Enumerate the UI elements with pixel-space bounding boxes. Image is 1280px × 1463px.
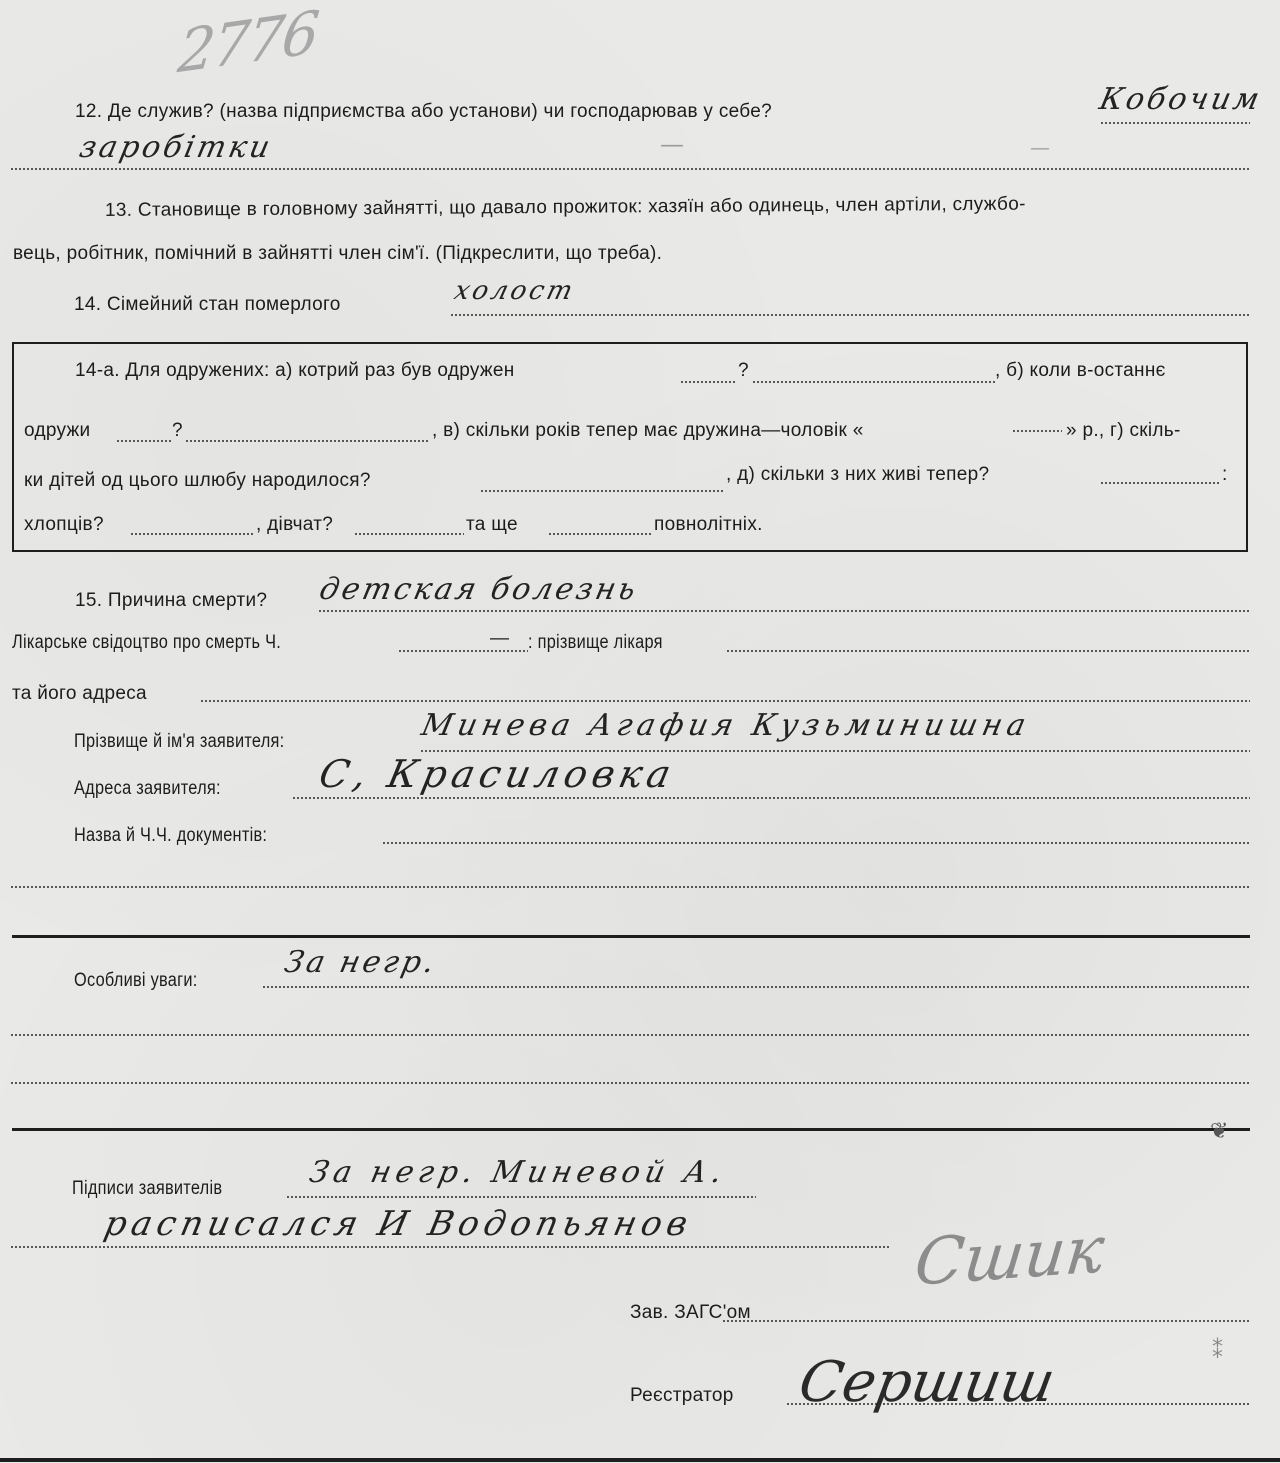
applicant-name-label: Прізвище й ім'я заявителя: <box>74 731 284 753</box>
q14a-line2-c: » р., г) скіль- <box>1066 420 1181 442</box>
special-notes-line2 <box>10 1034 1250 1036</box>
q14a-line2-dots3 <box>1012 430 1062 432</box>
archive-number-text: 2776 <box>175 0 321 87</box>
applicant-signatures-value-line1: За негр. Миневой А. <box>306 1155 730 1190</box>
q14a-line1-a: 14-а. Для одружених: а) котрий раз був о… <box>75 360 515 382</box>
q14a-line4-dots3 <box>548 533 653 535</box>
q12-line2 <box>10 168 1250 170</box>
q14-value: холост <box>451 276 578 306</box>
q15-value: детская болезнь <box>316 572 641 607</box>
q14a-line4-d: повнолітніх. <box>654 514 763 536</box>
head-of-zags-line <box>722 1320 1250 1322</box>
q14a-line3-dots2 <box>1100 482 1220 484</box>
q14a-line1-dots1 <box>680 381 735 383</box>
medical-certificate-line <box>398 650 528 652</box>
medical-certificate-label: Лікарське свідоцтво про смерть Ч. <box>12 632 281 654</box>
applicant-signatures-label: Підписи заявителів <box>72 1178 222 1200</box>
q14a-line1-dots2 <box>752 381 997 383</box>
bottom-border <box>0 1458 1280 1462</box>
q14a-line3-dots1 <box>480 490 725 492</box>
doctor-name-label: : прізвище лікаря <box>528 632 663 654</box>
special-notes-line <box>262 986 1250 988</box>
applicant-signatures-line <box>286 1196 756 1198</box>
applicant-signatures-value-line2: расписался И Водопьянов <box>101 1204 696 1244</box>
q12-value-line2: заробітки <box>76 130 276 165</box>
death-record-form: 2776 12. Де служив? (назва підприємства … <box>0 0 1280 1463</box>
q13-label-line1: 13. Становище в головному зайнятті, що д… <box>105 194 1026 222</box>
doctor-address-line <box>200 700 1250 702</box>
applicant-address-value: С, Красиловка <box>315 752 679 796</box>
q14-label: 14. Сімейний стан померлого <box>74 294 341 316</box>
q14a-line3-c: : <box>1222 464 1228 486</box>
q12-dash: — <box>660 130 687 158</box>
q13-label-line2: вець, робітник, помічний в зайнятті член… <box>13 243 662 265</box>
q14a-line4-a: хлопців? <box>24 514 104 536</box>
q12-value-line1: Кобочим <box>1096 82 1265 117</box>
ink-mark-2: ⁑ <box>1212 1338 1223 1364</box>
special-notes-line3 <box>10 1082 1250 1084</box>
q14-line <box>450 314 1250 316</box>
special-notes-label: Особливі уваги: <box>74 970 198 992</box>
q14a-line4-dots1 <box>130 533 255 535</box>
doctor-address-label: та його адреса <box>12 683 147 705</box>
q14a-line4-c: та ще <box>466 514 518 536</box>
q12-label: 12. Де служив? (назва підприємства або у… <box>75 101 772 123</box>
medical-certificate-value: — <box>490 628 509 650</box>
q14a-line1-q: ? <box>738 360 749 382</box>
q14a-line2-q: ? <box>172 420 183 442</box>
q15-line <box>318 610 1250 612</box>
ink-mark: ❦ <box>1210 1118 1228 1144</box>
applicant-signatures-line2 <box>10 1246 890 1248</box>
section-divider-2 <box>12 1128 1250 1131</box>
q14a-line3-b: , д) скільки з них живі тепер? <box>726 464 989 486</box>
q14a-line2-dots1 <box>116 440 171 442</box>
documents-line2 <box>10 886 1250 888</box>
q15-label: 15. Причина смерти? <box>75 590 267 612</box>
head-of-zags-signature: Сшик <box>911 1213 1107 1301</box>
doctor-name-line <box>726 650 1250 652</box>
q14a-line4-b: , дівчат? <box>256 514 333 536</box>
special-notes-value: За негр. <box>281 945 440 980</box>
q12-dash-2: — <box>1030 135 1053 159</box>
applicant-address-line <box>292 797 1250 799</box>
q14a-line2-dots2 <box>185 440 430 442</box>
q14a-line1-b: , б) коли в-останнє <box>995 360 1166 382</box>
section-divider-1 <box>12 935 1250 938</box>
q14a-line2-a: одружи <box>24 420 90 442</box>
applicant-name-value: Минева Агафия Кузьминишна <box>418 708 1034 743</box>
applicant-address-label: Адреса заявителя: <box>74 778 221 800</box>
q14a-line2-b: , в) скільки років тепер має дружина—чол… <box>432 420 864 442</box>
documents-label: Назва й Ч.Ч. документів: <box>74 825 267 847</box>
q12-line <box>1100 122 1250 124</box>
q14a-line3-a: ки дітей од цього шлюбу народилося? <box>24 470 371 492</box>
q14a-line4-dots2 <box>354 533 464 535</box>
registrar-signature: Сершиш <box>794 1350 1059 1415</box>
registrar-label: Реєстратор <box>630 1385 734 1407</box>
documents-line <box>382 842 1250 844</box>
